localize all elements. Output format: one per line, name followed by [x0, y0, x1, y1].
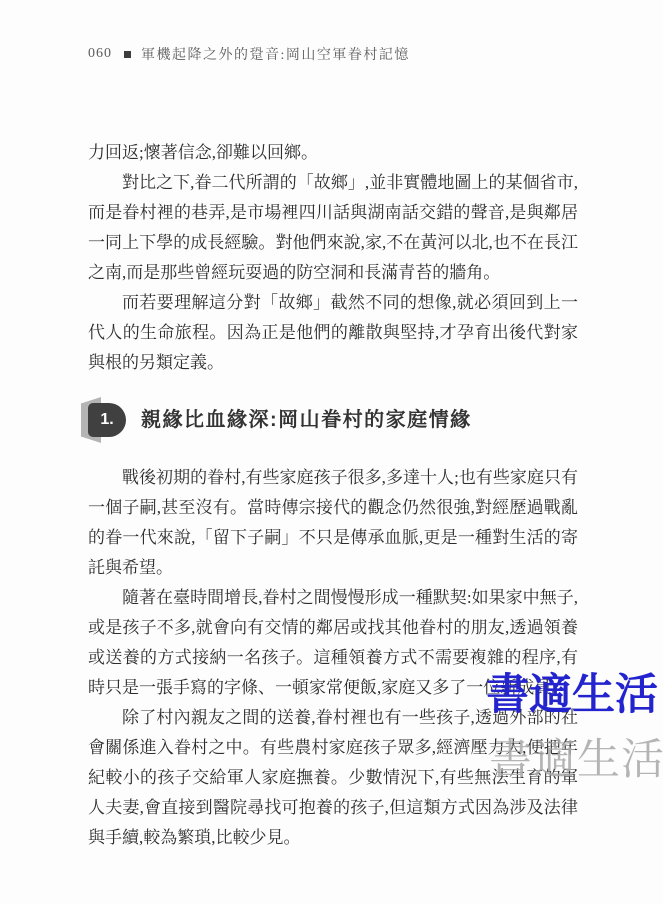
page-number: 060	[88, 46, 112, 62]
book-page: 060 軍機起降之外的跫音:岡山空軍眷村記憶 力回返;懷著信念,卻難以回鄉。 對…	[0, 0, 663, 904]
section-heading: 1. 親緣比血緣深:岡山眷村的家庭情緣	[88, 399, 578, 441]
section-number: 1.	[88, 403, 126, 437]
body-paragraph: 隨著在臺時間增長,眷村之間慢慢形成一種默契:如果家中無子,或是孩子不多,就會向有…	[88, 583, 578, 703]
body-paragraph: 力回返;懷著信念,卻難以回鄉。	[88, 138, 578, 168]
body-paragraph: 除了村內親友之間的送養,眷村裡也有一些孩子,透過外部的社會關係進入眷村之中。有些…	[88, 703, 578, 853]
section-title: 親緣比血緣深:岡山眷村的家庭情緣	[141, 405, 472, 435]
running-header: 060 軍機起降之外的跫音:岡山空軍眷村記憶	[88, 44, 410, 64]
section-number-badge: 1.	[88, 403, 126, 437]
body-paragraph: 而若要理解這分對「故鄉」截然不同的想像,就必須回到上一代人的生命旅程。因為正是他…	[88, 288, 578, 378]
book-title: 軍機起降之外的跫音:岡山空軍眷村記憶	[141, 44, 410, 64]
body-text: 力回返;懷著信念,卻難以回鄉。 對比之下,眷二代所謂的「故鄉」,並非實體地圖上的…	[88, 138, 578, 853]
square-bullet-icon	[124, 51, 131, 58]
body-paragraph: 戰後初期的眷村,有些家庭孩子很多,多達十人;也有些家庭只有一個子嗣,甚至沒有。當…	[88, 463, 578, 583]
body-paragraph: 對比之下,眷二代所謂的「故鄉」,並非實體地圖上的某個省市,而是眷村裡的巷弄,是市…	[88, 168, 578, 288]
